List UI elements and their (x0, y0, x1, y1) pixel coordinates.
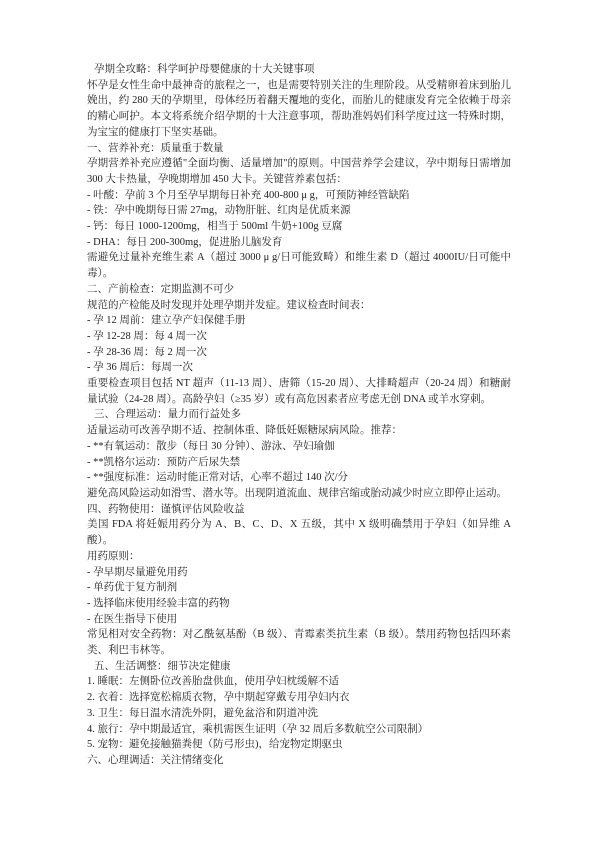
document-content: 孕期全攻略：科学呵护母婴健康的十大关键事项 怀孕是女性生命中最神奇的旅程之一，也… (87, 62, 511, 769)
bullet-calcium: - 钙：每日 1000-1200mg，相当于 500ml 牛奶+100g 豆腐 (87, 219, 511, 235)
bullet-folate: - 叶酸：孕前 3 个月至孕早期每日补充 400-800 μ g，可预防神经管缺… (87, 188, 511, 204)
intro-paragraph: 怀孕是女性生命中最神奇的旅程之一，也是需要特别关注的生理阶段。从受精卵着床到胎儿… (87, 78, 511, 141)
bullet-avoid-early-medication: - 孕早期尽量避免用药 (87, 565, 511, 581)
bullet-aerobic: - **有氧运动：散步（每日 30 分钟）、游泳、孕妇瑜伽 (87, 439, 511, 455)
numbered-hygiene: 3. 卫生：每日温水清洗外阴，避免盆浴和阴道冲洗 (87, 706, 511, 722)
fda-paragraph: 美国 FDA 将妊娠用药分为 A、B、C、D、X 五级，其中 X 级明确禁用于孕… (87, 517, 511, 548)
heading-medication: 四、药物使用：谨慎评估风险收益 (87, 502, 511, 518)
heading-lifestyle: 五、生活调整：细节决定健康 (87, 659, 511, 675)
heading-psychology: 六、心理调适：关注情绪变化 (87, 753, 511, 769)
numbered-sleep: 1. 睡眠：左侧卧位改善胎盘供血，使用孕妇枕缓解不适 (87, 674, 511, 690)
document-title: 孕期全攻略：科学呵护母婴健康的十大关键事项 (87, 62, 511, 78)
heading-prenatal-checkup: 二、产前检查：定期监测不可少 (87, 282, 511, 298)
numbered-clothing: 2. 衣着：选择宽松棉质衣物，孕中期起穿戴专用孕妇内衣 (87, 690, 511, 706)
safe-drugs-paragraph: 常见相对安全药物：对乙酰氨基酚（B 级）、青霉素类抗生素（B 级）。禁用药物包括… (87, 627, 511, 658)
heading-exercise: 三、合理运动：量力而行益处多 (87, 407, 511, 423)
bullet-doctor-guidance: - 在医生指导下使用 (87, 612, 511, 628)
exercise-warning-paragraph: 避免高风险运动如滑雪、潜水等。出现阴道流血、规律宫缩或胎动减少时应立即停止运动。 (87, 486, 511, 502)
bullet-week12-28: - 孕 12-28 周：每 4 周一次 (87, 329, 511, 345)
bullet-experienced-drug: - 选择临床使用经验丰富的药物 (87, 596, 511, 612)
vitamin-warning-paragraph: 需避免过量补充维生素 A（超过 3000 μ g/日可能致畸）和维生素 D（超过… (87, 250, 511, 281)
exercise-paragraph: 适量运动可改善孕期不适、控制体重、降低妊娠糖尿病风险。推荐： (87, 423, 511, 439)
nutrition-paragraph: 孕期营养补充应遵循"全面均衡、适量增加"的原则。中国营养学会建议，孕中期每日需增… (87, 156, 511, 187)
bullet-week36: - 孕 36 周后：每周一次 (87, 360, 511, 376)
document-page: 孕期全攻略：科学呵护母婴健康的十大关键事项 怀孕是女性生命中最神奇的旅程之一，也… (0, 0, 595, 841)
bullet-week28-36: - 孕 28-36 周：每 2 周一次 (87, 345, 511, 361)
checkup-paragraph: 规范的产检能及时发现并处理孕期并发症。建议检查时间表： (87, 298, 511, 314)
medication-principles-label: 用药原则： (87, 549, 511, 565)
bullet-kegel: - **凯格尔运动：预防产后尿失禁 (87, 455, 511, 471)
bullet-intensity: - **强度标准：运动时能正常对话，心率不超过 140 次/分 (87, 470, 511, 486)
numbered-travel: 4. 旅行：孕中期最适宜，乘机需医生证明（孕 32 周后多数航空公司限制） (87, 722, 511, 738)
bullet-iron: - 铁：孕中晚期每日需 27mg，动物肝脏、红肉是优质来源 (87, 203, 511, 219)
bullet-week12: - 孕 12 周前：建立孕产妇保健手册 (87, 313, 511, 329)
numbered-pets: 5. 宠物：避免接触猫粪便（防弓形虫)，给宠物定期驱虫 (87, 737, 511, 753)
heading-nutrition: 一、营养补充：质量重于数量 (87, 141, 511, 157)
bullet-dha: - DHA：每日 200-300mg，促进胎儿脑发育 (87, 235, 511, 251)
bullet-single-drug: - 单药优于复方制剂 (87, 580, 511, 596)
checkup-items-paragraph: 重要检查项目包括 NT 超声（11-13 周）、唐筛（15-20 周）、大排畸超… (87, 376, 511, 407)
